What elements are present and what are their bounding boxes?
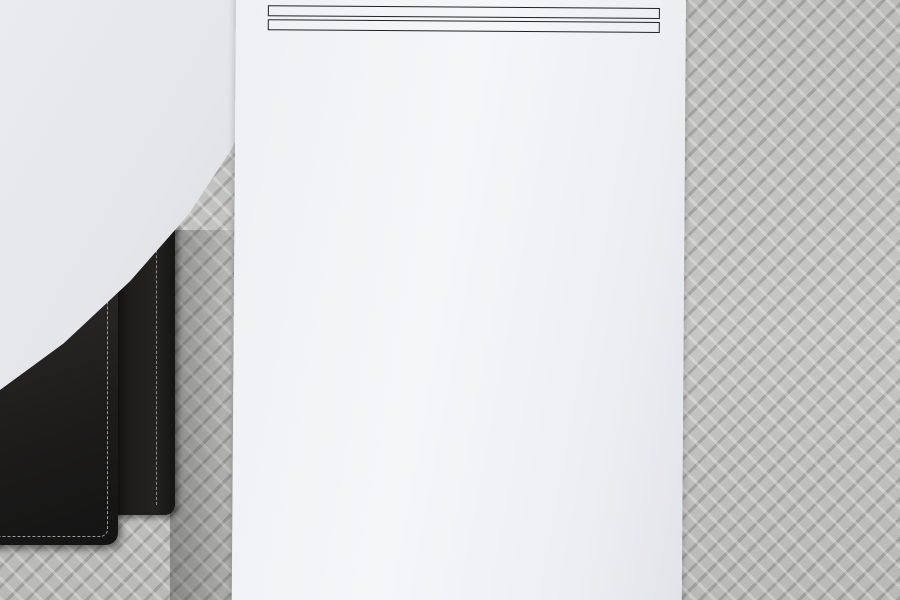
- important-note-1: [268, 5, 660, 19]
- inspection-checklist: [232, 0, 686, 600]
- note-title: [273, 8, 655, 11]
- sections: [264, 33, 664, 36]
- note-text: [273, 25, 655, 28]
- note-text: [273, 11, 655, 14]
- rows-top: [264, 2, 664, 5]
- important-note-2: [268, 19, 660, 33]
- checklist-body: [264, 2, 664, 36]
- note-title: [273, 22, 655, 25]
